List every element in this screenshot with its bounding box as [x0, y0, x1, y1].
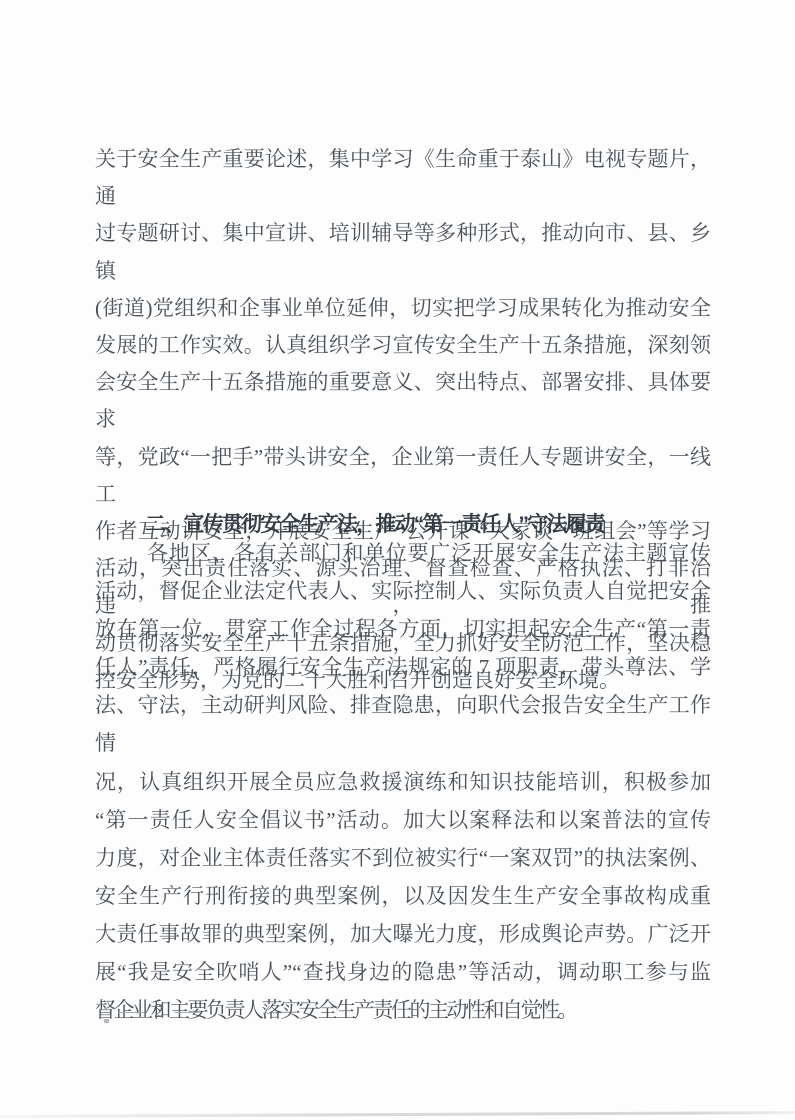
text-line: 各地区、各有关部门和单位要广泛开展安全生产法主题宣传 [95, 534, 711, 572]
text-line: 发展的工作实效。认真组织学习宣传安全生产十五条措施，深刻领 [95, 327, 711, 364]
paragraph-2: 各地区、各有关部门和单位要广泛开展安全生产法主题宣传 活动，督促企业法定代表人、… [95, 534, 711, 1029]
document-page: 关于安全生产重要论述，集中学习《生命重于泰山》电视专题片，通 过专题研讨、集中宣… [0, 0, 795, 1120]
text-line: 法、守法，主动研判风险、排查隐患，向职代会报告安全生产工作情 [95, 686, 711, 762]
scan-speck [104, 1019, 109, 1023]
scan-edge-shadow [0, 1111, 795, 1118]
footer-dash-right: — [175, 1000, 200, 1023]
text-line: 安全生产行刑衔接的典型案例，以及因发生生产安全事故构成重 [95, 877, 711, 915]
text-line: 展“我是安全吹哨人”“查找身边的隐患”等活动，调动职工参与监 [95, 953, 711, 991]
footer-dash-left: — [119, 1000, 144, 1023]
text-line: 任人”责任，严格履行安全生产法规定的 7 项职责，带头尊法、学 [95, 648, 711, 686]
text-line: 过专题研讨、集中宣讲、培训辅导等多种形式，推动向市、县、乡镇 [95, 215, 711, 289]
text-line: (街道)党组织和企事业单位延伸，切实把学习成果转化为推动安全 [95, 290, 711, 327]
text-line: “第一责任人安全倡议书”活动。加大以案释法和以案普法的宣传 [95, 801, 711, 839]
text-line: 会安全生产十五条措施的重要意义、突出特点、部署安排、具体要求 [95, 364, 711, 438]
text-line: 关于安全生产重要论述，集中学习《生命重于泰山》电视专题片，通 [95, 141, 711, 215]
text-line: 等，党政“一把手”带头讲安全，企业第一责任人专题讲安全，一线工 [95, 439, 711, 513]
page-number: 2 [154, 1000, 164, 1023]
page-footer: — 2 — [121, 1000, 197, 1023]
text-line: 力度，对企业主体责任落实不到位被实行“一案双罚”的执法案例、 [95, 839, 711, 877]
text-line: 况，认真组织开展全员应急救援演练和知识技能培训，积极参加 [95, 763, 711, 801]
text-line: 活动，督促企业法定代表人、实际控制人、实际负责人自觉把安全 [95, 572, 711, 610]
text-line: 放在第一位，贯穿工作全过程各方面，切实担起安全生产“第一责 [95, 610, 711, 648]
text-line: 大责任事故罪的典型案例，加大曝光力度，形成舆论声势。广泛开 [95, 915, 711, 953]
